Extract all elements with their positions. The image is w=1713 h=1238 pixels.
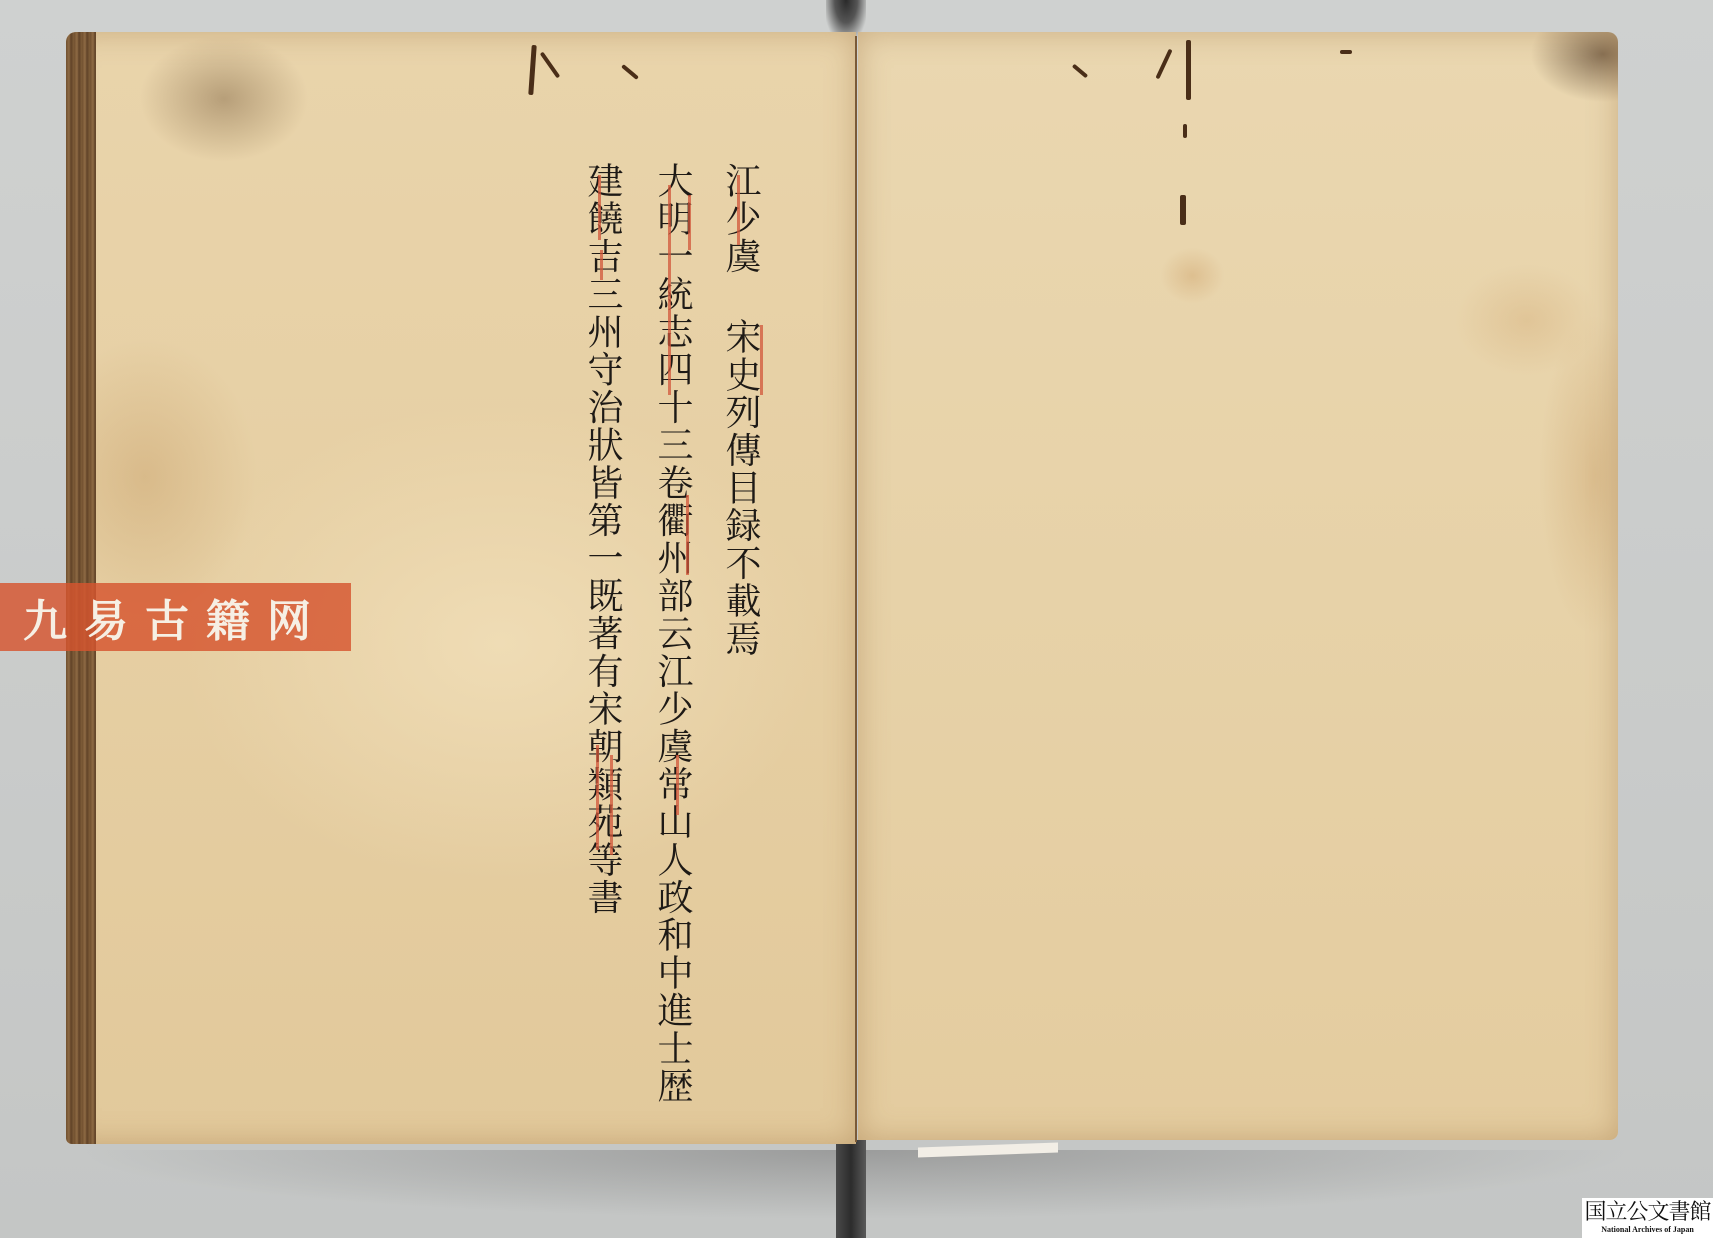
red-annotation-line xyxy=(668,185,671,395)
red-annotation-line xyxy=(600,250,603,280)
text-column-2: 大明一統志四十三卷衢州部云江少虞常山人政和中進士歴 xyxy=(654,162,690,1105)
red-annotation-line xyxy=(688,195,691,250)
archive-logo: 国立公文書館 National Archives of Japan xyxy=(1582,1198,1713,1238)
spine-bottom-shadow xyxy=(836,1140,866,1238)
gutter-fold xyxy=(855,36,857,1142)
right-page xyxy=(858,32,1618,1140)
archive-logo-japanese: 国立公文書館 xyxy=(1584,1201,1710,1225)
red-annotation-line xyxy=(760,325,763,395)
site-watermark: 九易古籍网 xyxy=(0,583,351,651)
watermark-text: 九易古籍网 xyxy=(23,585,328,649)
text-column-1-heading: 江少虞 xyxy=(722,162,758,275)
wormhole-mark xyxy=(1340,50,1352,54)
red-annotation-line xyxy=(737,175,740,245)
red-annotation-line xyxy=(610,755,613,855)
archive-logo-english: National Archives of Japan xyxy=(1601,1225,1694,1235)
wormhole-mark xyxy=(1180,195,1186,225)
red-annotation-line xyxy=(686,495,689,575)
red-annotation-line xyxy=(596,745,599,850)
wormhole-mark xyxy=(1183,124,1187,138)
red-annotation-line xyxy=(598,175,601,240)
text-column-1-body: 宋史列傳目録不載焉 xyxy=(722,318,758,657)
wormhole-mark xyxy=(1186,40,1191,100)
red-annotation-line xyxy=(676,755,679,815)
